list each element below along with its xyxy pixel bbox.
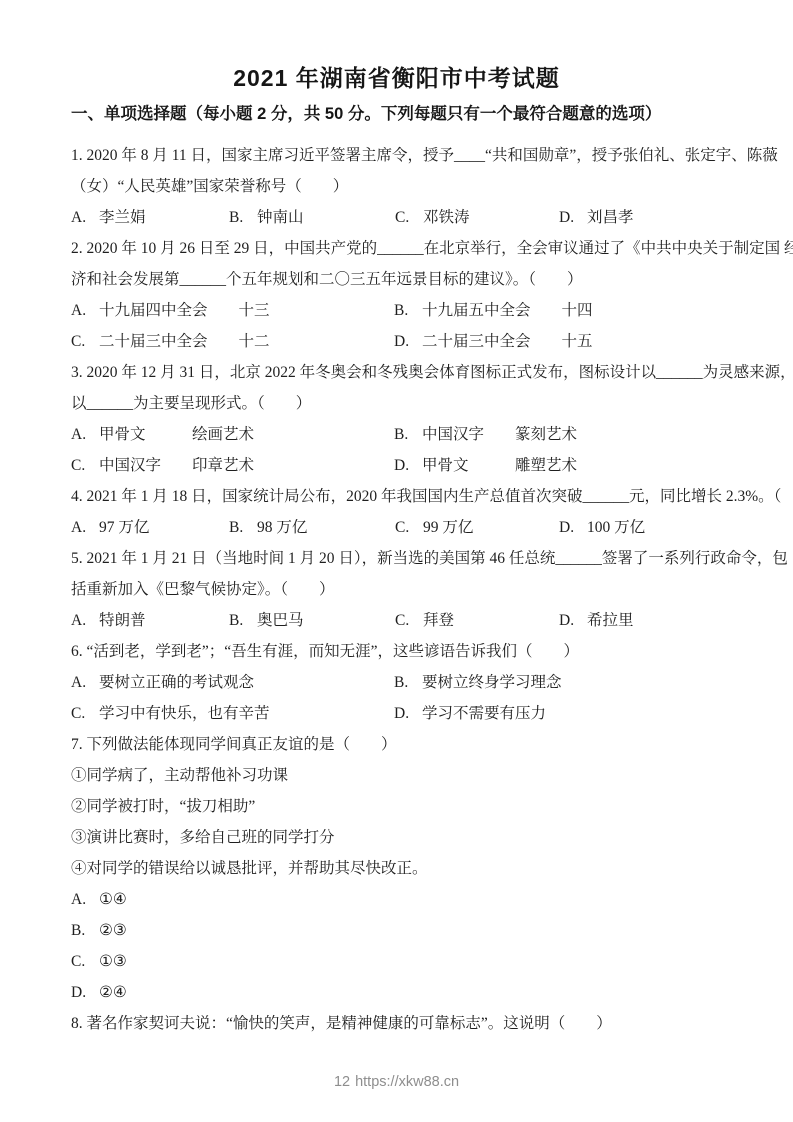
option-label: B.	[229, 202, 257, 233]
question-3-option-D: D.甲骨文 雕塑艺术	[394, 450, 735, 481]
option-text: ②④	[99, 984, 127, 1001]
question-2-option-A: A.十九届四中全会 十三	[71, 295, 394, 326]
question-5-text-line: 5. 2021 年 1 月 21 日（当地时间 1 月 20 日），新当选的美国…	[71, 543, 735, 574]
question-7: 7. 下列做法能体现同学间真正友谊的是（ ）①同学病了，主动帮他补习功课②同学被…	[71, 729, 735, 1008]
option-text: 要树立正确的考试观念	[99, 674, 254, 691]
option-label: B.	[71, 915, 99, 946]
question-5-option-A: A.特朗普	[71, 605, 229, 636]
question-3-text-line: 3. 2020 年 12 月 31 日，北京 2022 年冬奥会和冬残奥会体育图…	[71, 357, 735, 388]
question-1-option-B: B.钟南山	[229, 202, 395, 233]
question-2-option-C: C.二十届三中全会 十二	[71, 326, 394, 357]
question-3-option-B: B.中国汉字 篆刻艺术	[394, 419, 735, 450]
option-label: D.	[559, 202, 587, 233]
option-label: A.	[71, 605, 99, 636]
option-label: A.	[71, 667, 99, 698]
question-7-text-line: ④对同学的错误给以诚恳批评，并帮助其尽快改正。	[71, 853, 735, 884]
option-text: 中国汉字 印章艺术	[99, 457, 254, 474]
question-2: 2. 2020 年 10 月 26 日至 29 日，中国共产党的______在北…	[71, 233, 735, 357]
option-label: A.	[71, 419, 99, 450]
option-text: 二十届三中全会 十二	[99, 333, 270, 350]
option-label: A.	[71, 202, 99, 233]
option-text: ①④	[99, 891, 127, 908]
option-label: B.	[394, 419, 422, 450]
option-label: C.	[71, 326, 99, 357]
option-text: 甲骨文 绘画艺术	[99, 426, 254, 443]
page-number: 12	[334, 1074, 350, 1090]
footer-url: https://xkw88.cn	[355, 1074, 459, 1090]
question-3-text-line: 以______为主要呈现形式。（ ）	[71, 388, 735, 419]
option-text: 要树立终身学习理念	[422, 674, 562, 691]
option-text: 特朗普	[99, 612, 146, 629]
question-7-option-D: D.②④	[71, 977, 735, 1008]
option-label: B.	[229, 512, 257, 543]
question-2-option-B: B.十九届五中全会 十四	[394, 295, 735, 326]
option-label: C.	[395, 512, 423, 543]
page-title: 2021 年湖南省衡阳市中考试题	[0, 0, 793, 92]
question-5-option-C: C.拜登	[395, 605, 559, 636]
option-label: C.	[71, 698, 99, 729]
question-7-text-line: ②同学被打时，“拔刀相助”	[71, 791, 735, 822]
question-6-option-B: B.要树立终身学习理念	[394, 667, 735, 698]
questions-container: 1. 2020 年 8 月 11 日，国家主席习近平签署主席令，授予____“共…	[71, 140, 735, 1039]
question-6-option-A: A.要树立正确的考试观念	[71, 667, 394, 698]
option-text: 希拉里	[587, 612, 634, 629]
question-2-text-line: 2. 2020 年 10 月 26 日至 29 日，中国共产党的______在北…	[71, 233, 735, 264]
option-label: C.	[395, 202, 423, 233]
question-6: 6. “活到老，学到老”；“吾生有涯，而知无涯”，这些谚语告诉我们（ ）A.要树…	[71, 636, 735, 729]
question-8: 8. 著名作家契诃夫说：“愉快的笑声，是精神健康的可靠标志”。这说明（ ）	[71, 1008, 735, 1039]
question-6-text-line: 6. “活到老，学到老”；“吾生有涯，而知无涯”，这些谚语告诉我们（ ）	[71, 636, 735, 667]
option-label: B.	[394, 295, 422, 326]
question-4-options: A.97 万亿B.98 万亿C.99 万亿D.100 万亿	[71, 512, 735, 543]
option-label: D.	[394, 698, 422, 729]
option-label: A.	[71, 512, 99, 543]
question-1-option-C: C.邓铁涛	[395, 202, 559, 233]
question-1-option-A: A.李兰娟	[71, 202, 229, 233]
section-header: 一、单项选择题（每小题 2 分，共 50 分。下列每题只有一个最符合题意的选项）	[71, 104, 735, 124]
question-4-option-C: C.99 万亿	[395, 512, 559, 543]
question-3-options: A.甲骨文 绘画艺术B.中国汉字 篆刻艺术C.中国汉字 印章艺术D.甲骨文 雕塑…	[71, 419, 735, 481]
question-5-option-D: D.希拉里	[559, 605, 735, 636]
question-3-option-A: A.甲骨文 绘画艺术	[71, 419, 394, 450]
option-label: D.	[71, 977, 99, 1008]
question-7-text-line: ①同学病了，主动帮他补习功课	[71, 760, 735, 791]
option-label: A.	[71, 295, 99, 326]
option-label: C.	[71, 450, 99, 481]
option-text: 邓铁涛	[423, 209, 470, 226]
option-text: 李兰娟	[99, 209, 146, 226]
option-text: 甲骨文 雕塑艺术	[422, 457, 577, 474]
question-2-text-line: 济和社会发展第______个五年规划和二〇三五年远景目标的建议》。（ ）	[71, 264, 735, 295]
question-5-options: A.特朗普B.奥巴马C.拜登D.希拉里	[71, 605, 735, 636]
option-text: 钟南山	[257, 209, 304, 226]
question-1-text-line: 1. 2020 年 8 月 11 日，国家主席习近平签署主席令，授予____“共…	[71, 140, 735, 171]
option-label: A.	[71, 884, 99, 915]
option-text: 学习中有快乐，也有辛苦	[99, 705, 270, 722]
question-4-text-line: 4. 2021 年 1 月 18 日，国家统计局公布，2020 年我国国内生产总…	[71, 481, 735, 512]
question-1-text-line: （女）“人民英雄”国家荣誉称号（ ）	[71, 171, 735, 202]
option-label: B.	[394, 667, 422, 698]
question-7-text-line: 7. 下列做法能体现同学间真正友谊的是（ ）	[71, 729, 735, 760]
option-label: D.	[394, 450, 422, 481]
option-text: 100 万亿	[587, 519, 645, 536]
question-1-option-D: D.刘昌孝	[559, 202, 735, 233]
option-label: C.	[395, 605, 423, 636]
question-8-text-line: 8. 著名作家契诃夫说：“愉快的笑声，是精神健康的可靠标志”。这说明（ ）	[71, 1008, 735, 1039]
question-4-option-D: D.100 万亿	[559, 512, 735, 543]
question-5-text-line: 括重新加入《巴黎气候协定》。（ ）	[71, 574, 735, 605]
exam-document-page: 2021 年湖南省衡阳市中考试题 一、单项选择题（每小题 2 分，共 50 分。…	[0, 0, 793, 1122]
question-4: 4. 2021 年 1 月 18 日，国家统计局公布，2020 年我国国内生产总…	[71, 481, 735, 543]
question-6-option-C: C.学习中有快乐，也有辛苦	[71, 698, 394, 729]
question-5-option-B: B.奥巴马	[229, 605, 395, 636]
page-footer: 12https://xkw88.cn	[0, 1072, 793, 1092]
question-5: 5. 2021 年 1 月 21 日（当地时间 1 月 20 日），新当选的美国…	[71, 543, 735, 636]
option-text: 98 万亿	[257, 519, 307, 536]
option-text: 97 万亿	[99, 519, 149, 536]
option-label: B.	[229, 605, 257, 636]
option-label: D.	[559, 605, 587, 636]
option-label: D.	[394, 326, 422, 357]
question-7-option-A: A.①④	[71, 884, 735, 915]
option-text: 99 万亿	[423, 519, 473, 536]
option-label: C.	[71, 946, 99, 977]
question-6-options: A.要树立正确的考试观念B.要树立终身学习理念C.学习中有快乐，也有辛苦D.学习…	[71, 667, 735, 729]
option-text: ①③	[99, 953, 127, 970]
option-label: D.	[559, 512, 587, 543]
question-7-option-C: C.①③	[71, 946, 735, 977]
question-4-option-B: B.98 万亿	[229, 512, 395, 543]
question-7-options: A.①④B.②③C.①③D.②④	[71, 884, 735, 1008]
question-1-options: A.李兰娟B.钟南山C.邓铁涛D.刘昌孝	[71, 202, 735, 233]
question-6-option-D: D.学习不需要有压力	[394, 698, 735, 729]
question-4-option-A: A.97 万亿	[71, 512, 229, 543]
question-3-option-C: C.中国汉字 印章艺术	[71, 450, 394, 481]
option-text: ②③	[99, 922, 127, 939]
option-text: 奥巴马	[257, 612, 304, 629]
question-3: 3. 2020 年 12 月 31 日，北京 2022 年冬奥会和冬残奥会体育图…	[71, 357, 735, 481]
option-text: 拜登	[423, 612, 454, 629]
option-text: 中国汉字 篆刻艺术	[422, 426, 577, 443]
option-text: 学习不需要有压力	[422, 705, 546, 722]
option-text: 二十届三中全会 十五	[422, 333, 593, 350]
question-2-option-D: D.二十届三中全会 十五	[394, 326, 735, 357]
option-text: 十九届四中全会 十三	[99, 302, 270, 319]
question-7-option-B: B.②③	[71, 915, 735, 946]
option-text: 刘昌孝	[587, 209, 634, 226]
question-7-text-line: ③演讲比赛时，多给自己班的同学打分	[71, 822, 735, 853]
question-1: 1. 2020 年 8 月 11 日，国家主席习近平签署主席令，授予____“共…	[71, 140, 735, 233]
question-2-options: A.十九届四中全会 十三B.十九届五中全会 十四C.二十届三中全会 十二D.二十…	[71, 295, 735, 357]
option-text: 十九届五中全会 十四	[422, 302, 593, 319]
